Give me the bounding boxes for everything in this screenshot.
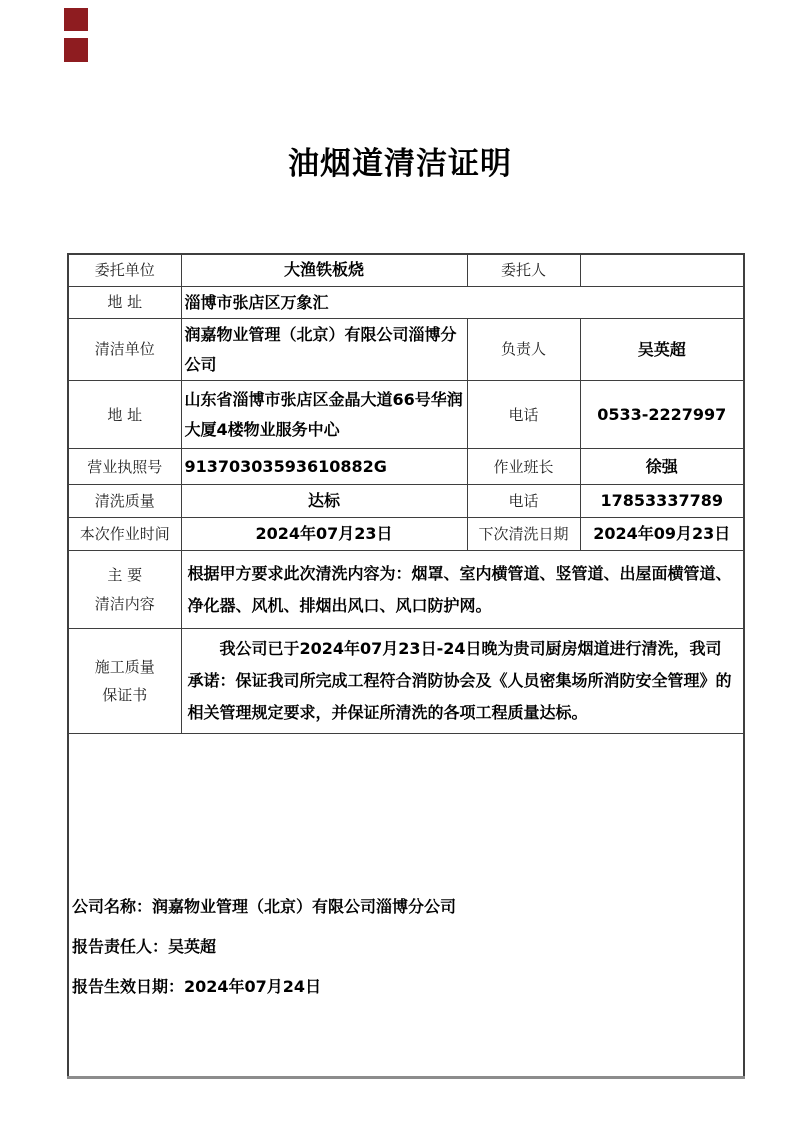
document-page: 油烟道清洁证明 委托单位 大渔铁板烧 委托人 地 址 淄博市张店区万象汇 清洁单… bbox=[0, 0, 800, 1131]
client-unit-label: 委托单位 bbox=[68, 254, 181, 286]
phone2-label: 电话 bbox=[467, 485, 580, 518]
next-date-value: 2024年09月23日 bbox=[580, 518, 744, 551]
next-date-label: 下次清洗日期 bbox=[467, 518, 580, 551]
guarantee-value: 我公司已于2024年07月23日-24日晚为贵司厨房烟道进行清洗，我司承诺：保证… bbox=[181, 629, 744, 734]
main-content-value: 根据甲方要求此次清洗内容为：烟罩、室内横管道、竖管道、出屋面横管道、净化器、风机… bbox=[181, 551, 744, 629]
table-row: 本次作业时间 2024年07月23日 下次清洗日期 2024年09月23日 bbox=[68, 518, 744, 551]
table-row: 营业执照号 91370303593610882G 作业班长 徐强 bbox=[68, 449, 744, 485]
report-effective-date-line: 报告生效日期：2024年07月24日 bbox=[72, 977, 737, 997]
red-placeholder-icon bbox=[64, 8, 88, 31]
foreman-value: 徐强 bbox=[580, 449, 744, 485]
work-date-value: 2024年07月23日 bbox=[181, 518, 467, 551]
cleaning-address-label: 地 址 bbox=[68, 381, 181, 449]
client-address-label: 地 址 bbox=[68, 286, 181, 319]
report-responsible-line: 报告责任人：吴英超 bbox=[72, 937, 737, 957]
foreman-label: 作业班长 bbox=[467, 449, 580, 485]
client-person-label: 委托人 bbox=[467, 254, 580, 286]
phone1-label: 电话 bbox=[467, 381, 580, 449]
company-name-line: 公司名称：润嘉物业管理（北京）有限公司淄博分公司 bbox=[72, 897, 737, 917]
red-placeholder-icon bbox=[64, 38, 88, 62]
table-row: 主 要 清洁内容 根据甲方要求此次清洗内容为：烟罩、室内横管道、竖管道、出屋面横… bbox=[68, 551, 744, 629]
principal-label: 负责人 bbox=[467, 319, 580, 381]
cleaning-unit-label: 清洁单位 bbox=[68, 319, 181, 381]
cleaning-address-value: 山东省淄博市张店区金晶大道66号华润大厦4楼物业服务中心 bbox=[181, 381, 467, 449]
work-date-label: 本次作业时间 bbox=[68, 518, 181, 551]
cleaning-unit-value: 润嘉物业管理（北京）有限公司淄博分公司 bbox=[181, 319, 467, 381]
license-label: 营业执照号 bbox=[68, 449, 181, 485]
table-row: 公司名称：润嘉物业管理（北京）有限公司淄博分公司 报告责任人：吴英超 报告生效日… bbox=[68, 734, 744, 1078]
client-address-value: 淄博市张店区万象汇 bbox=[181, 286, 744, 319]
client-person-value bbox=[580, 254, 744, 286]
table-row: 清洗质量 达标 电话 17853337789 bbox=[68, 485, 744, 518]
table-row: 清洁单位 润嘉物业管理（北京）有限公司淄博分公司 负责人 吴英超 bbox=[68, 319, 744, 381]
page-title: 油烟道清洁证明 bbox=[0, 138, 800, 183]
signature-cell: 公司名称：润嘉物业管理（北京）有限公司淄博分公司 报告责任人：吴英超 报告生效日… bbox=[68, 734, 744, 1078]
quality-label: 清洗质量 bbox=[68, 485, 181, 518]
principal-value: 吴英超 bbox=[580, 319, 744, 381]
phone2-value: 17853337789 bbox=[580, 485, 744, 518]
main-content-label: 主 要 清洁内容 bbox=[68, 551, 181, 629]
guarantee-label: 施工质量 保证书 bbox=[68, 629, 181, 734]
table-row: 委托单位 大渔铁板烧 委托人 bbox=[68, 254, 744, 286]
phone1-value: 0533-2227997 bbox=[580, 381, 744, 449]
table-row: 地 址 淄博市张店区万象汇 bbox=[68, 286, 744, 319]
client-unit-value: 大渔铁板烧 bbox=[181, 254, 467, 286]
certificate-table: 委托单位 大渔铁板烧 委托人 地 址 淄博市张店区万象汇 清洁单位 润嘉物业管理… bbox=[67, 253, 745, 1079]
table-row: 施工质量 保证书 我公司已于2024年07月23日-24日晚为贵司厨房烟道进行清… bbox=[68, 629, 744, 734]
license-value: 91370303593610882G bbox=[181, 449, 467, 485]
table-row: 地 址 山东省淄博市张店区金晶大道66号华润大厦4楼物业服务中心 电话 0533… bbox=[68, 381, 744, 449]
quality-value: 达标 bbox=[181, 485, 467, 518]
